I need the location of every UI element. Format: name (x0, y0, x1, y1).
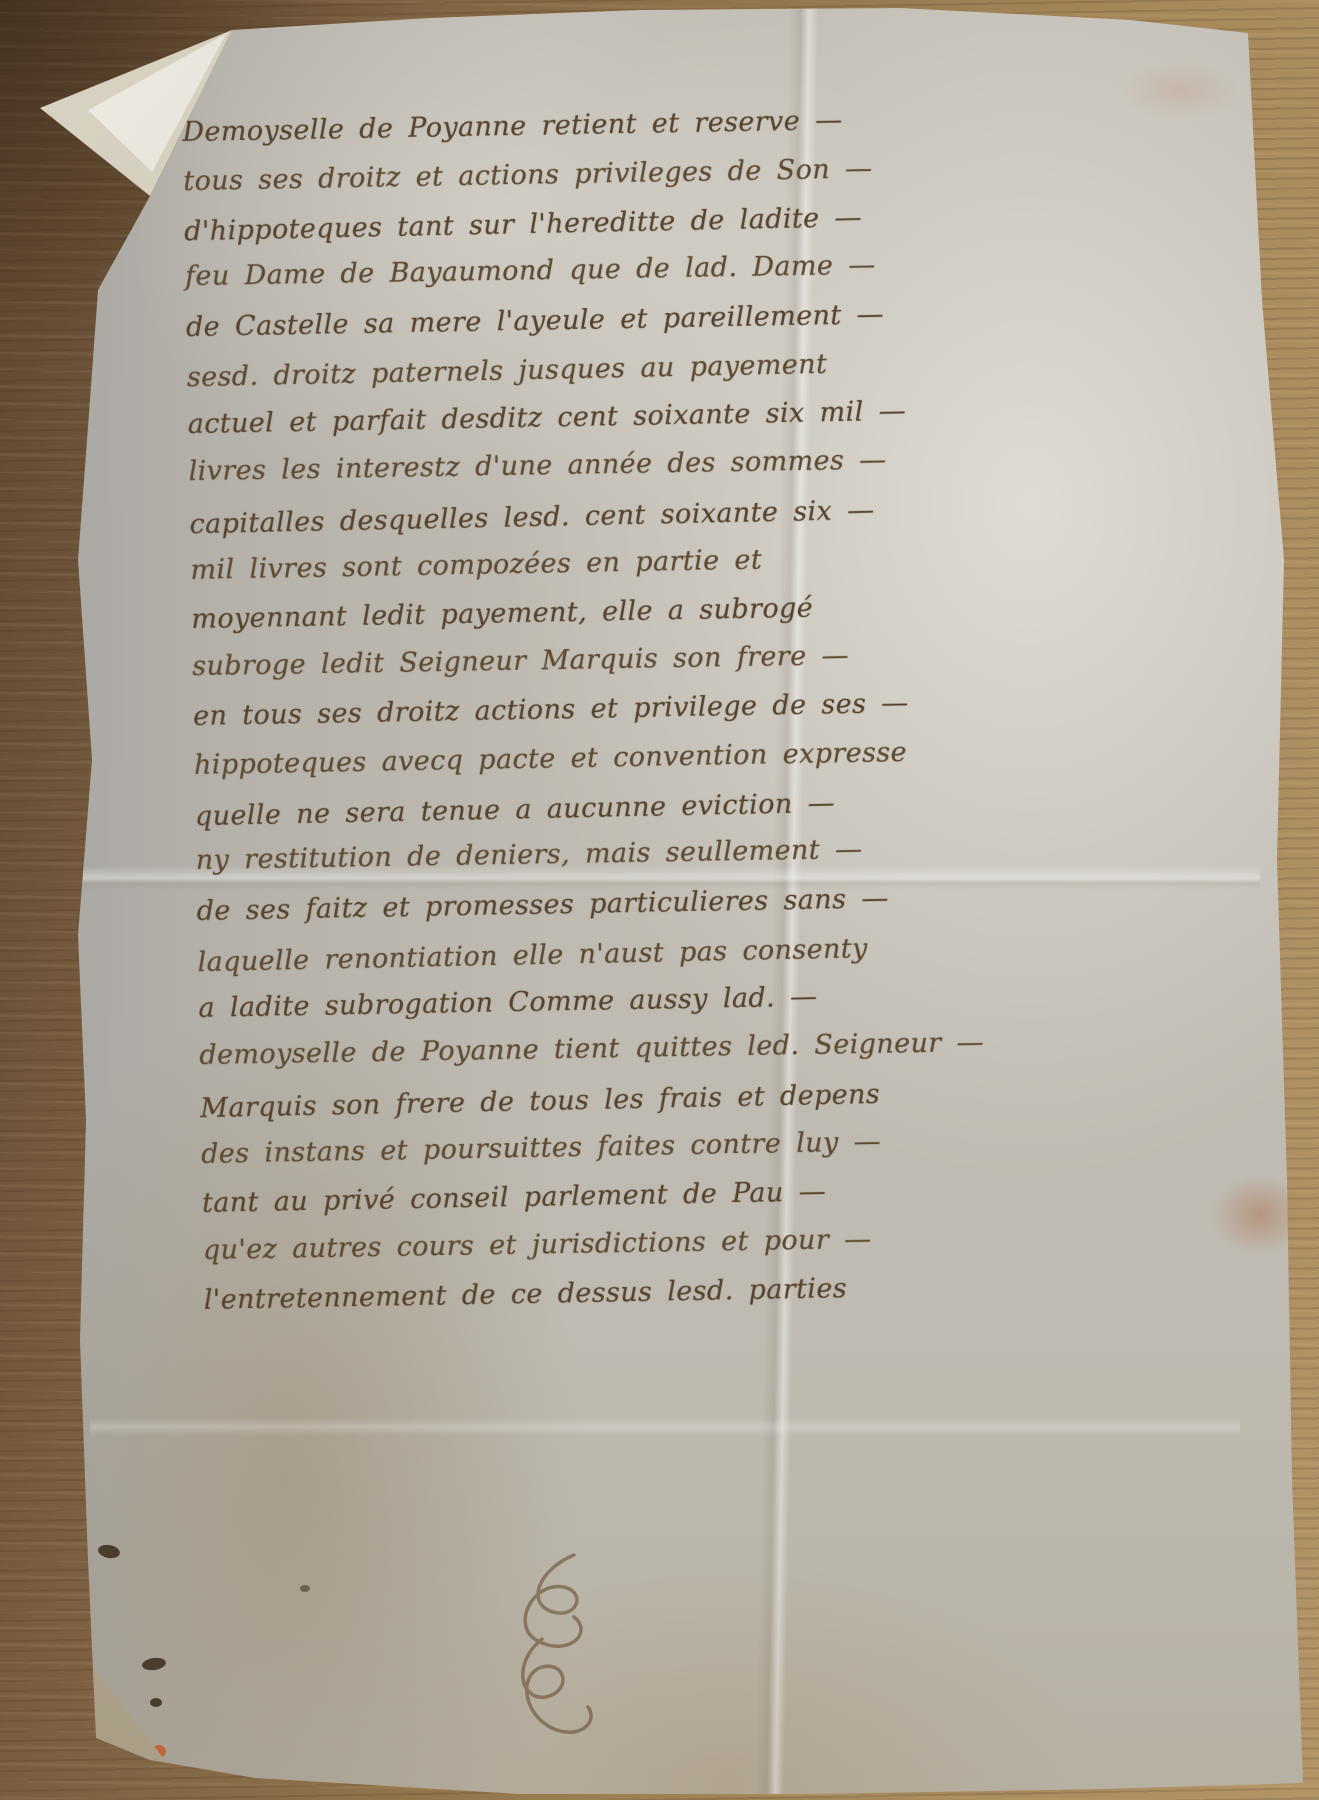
paraph-flourish (470, 1545, 670, 1755)
manuscript-page: Demoyselle de Poyanne retient et reserve… (0, 0, 1319, 1800)
wormhole-spot (150, 1698, 162, 1707)
manuscript-text: Demoyselle de Poyanne retient et reserve… (182, 90, 1184, 1325)
wooden-table: Demoyselle de Poyanne retient et reserve… (0, 0, 1319, 1800)
rust-stain (1210, 1175, 1310, 1255)
wormhole-spot (56, 1612, 65, 1629)
wormhole-spot (300, 1585, 310, 1592)
wormhole-spot (64, 1506, 88, 1539)
horizontal-fold-crease-lower (90, 1418, 1240, 1436)
